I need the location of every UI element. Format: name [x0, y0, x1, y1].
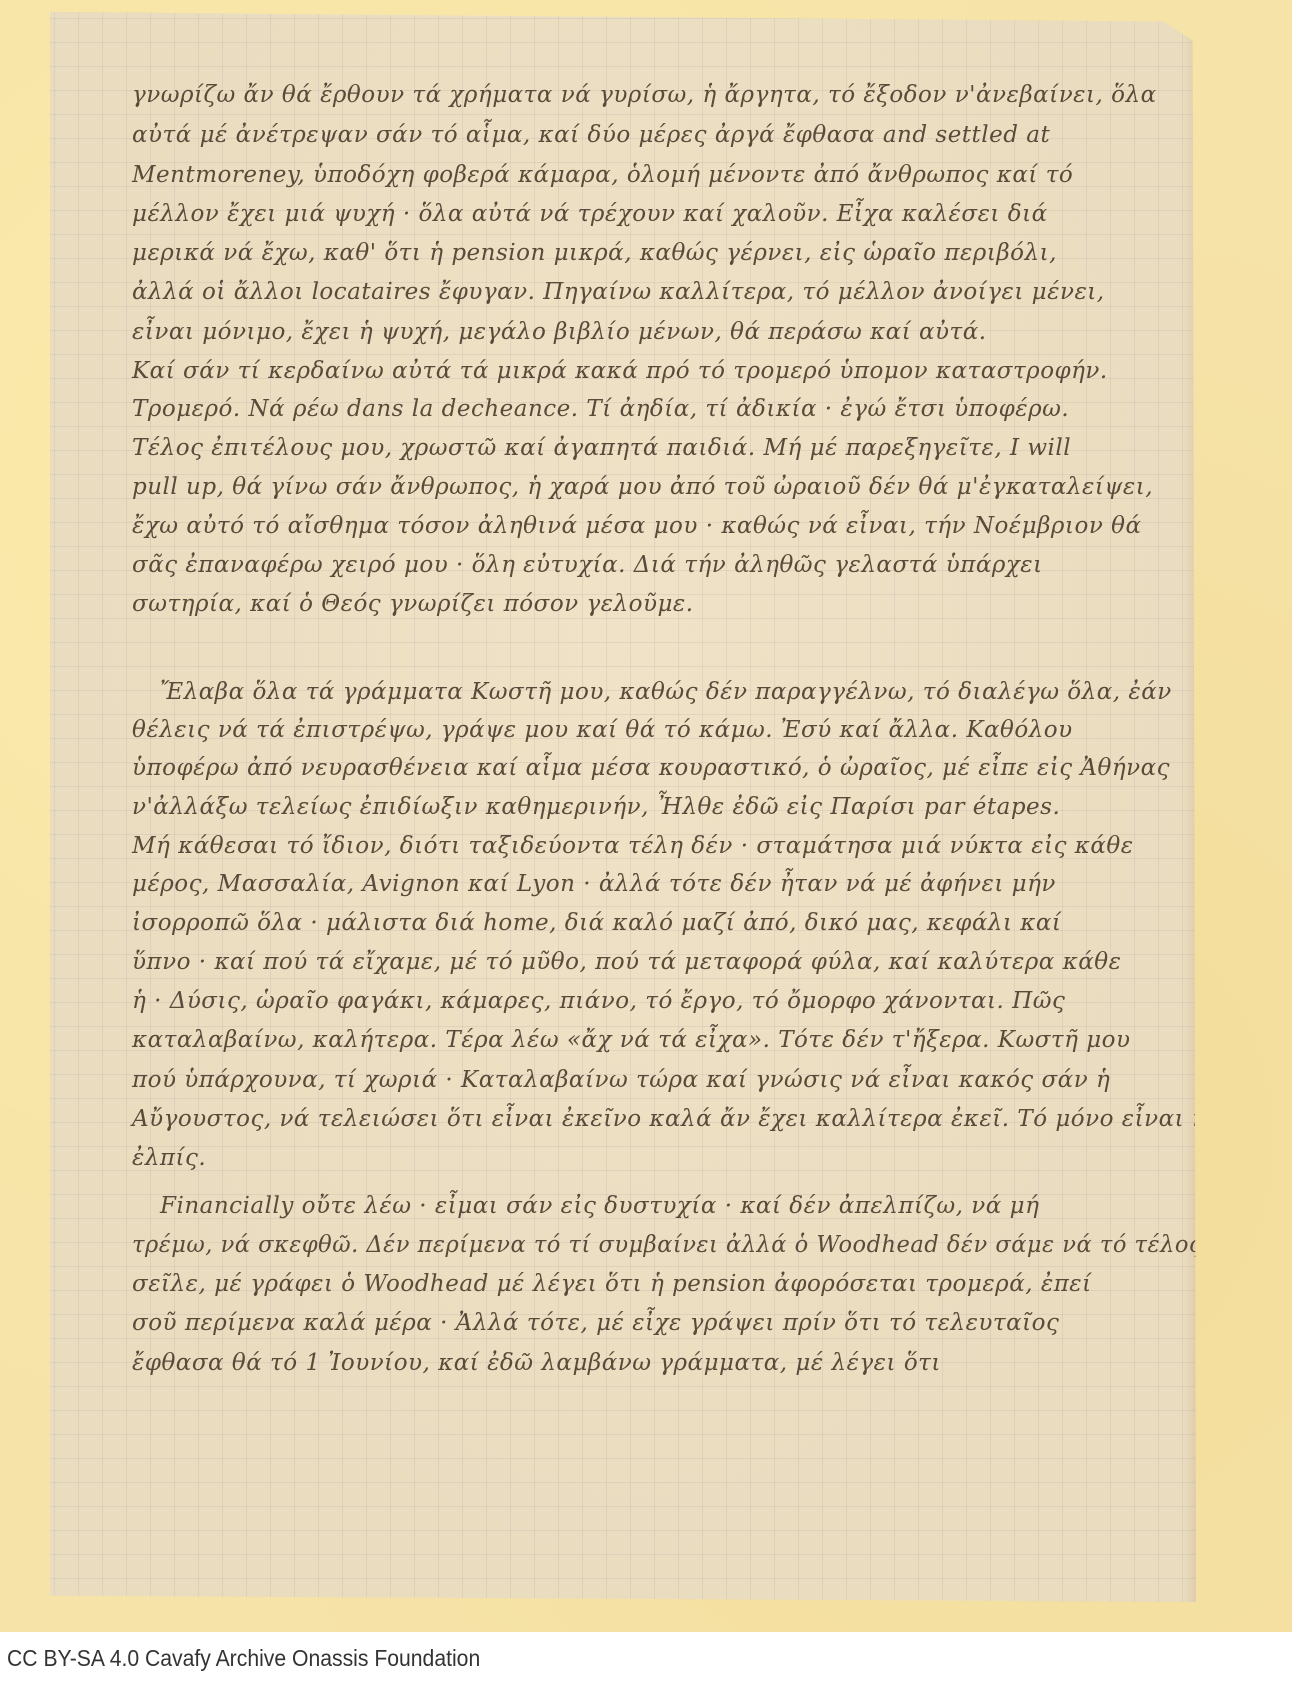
handwritten-line: αὐτά μέ ἀνέτρεψαν σάν τό αἷμα, καί δύο μ… — [132, 122, 1050, 148]
handwritten-line: πού ὑπάρχουνα, τί χωριά · Καταλαβαίνω τώ… — [132, 1067, 1110, 1093]
handwritten-line: εἶναι μόνιμο, ἔχει ἡ ψυχή, μεγάλο βιβλίο… — [132, 319, 987, 345]
handwritten-line: σωτηρία, καί ὁ Θεός γνωρίζει πόσον γελοῦ… — [132, 591, 694, 617]
handwritten-line: Mentmoreney, ὑποδόχη φοβερά κάμαρα, ὁλομ… — [132, 162, 1073, 188]
handwritten-line: pull up, θά γίνω σάν ἄνθρωπος, ἡ χαρά μο… — [132, 474, 1153, 500]
handwritten-line: μέρος, Μασσαλία, Avignon καί Lyon · ἀλλά… — [132, 871, 1056, 897]
handwritten-line: Τρομερό. Νά ρέω dans la decheance. Τί ἀη… — [132, 396, 1069, 422]
handwritten-line: ν'ἀλλάξω τελείως ἐπιδίωξιν καθημερινήν, … — [132, 794, 1060, 820]
handwritten-line: ἡ · Δύσις, ὡραῖο φαγάκι, κάμαρες, πιάνο,… — [132, 988, 1065, 1014]
handwritten-line: σεῖλε, μέ γράφει ὁ Woodhead μέ λέγει ὅτι… — [132, 1271, 1092, 1297]
handwritten-line: ὑποφέρω ἀπό νευρασθένεια καί αἷμα μέσα κ… — [132, 755, 1170, 781]
handwritten-line: σᾶς ἐπαναφέρω χειρό μου · ὅλη εὐτυχία. Δ… — [132, 552, 1043, 578]
archive-mount-background: γνωρίζω ἄν θά ἔρθουν τά χρήματα νά γυρίσ… — [0, 0, 1292, 1632]
handwritten-line: ὕπνο · καί πού τά εἴχαμε, μέ τό μῦθο, πο… — [132, 949, 1121, 975]
handwritten-line: μερικά νά ἔχω, καθ' ὅτι ἡ pension μικρά,… — [132, 240, 1057, 266]
handwritten-line: Financially οὔτε λέω · εἶμαι σάν εἰς δυσ… — [160, 1193, 1039, 1219]
handwritten-line: σοῦ περίμενα καλά μέρα · Ἀλλά τότε, μέ ε… — [132, 1310, 1059, 1336]
handwritten-line: ἰσορροπῶ ὅλα · μάλιστα διά home, διά καλ… — [132, 910, 1061, 936]
handwritten-line: ἔχω αὐτό τό αἴσθημα τόσον ἀληθινά μέσα μ… — [132, 513, 1142, 539]
handwritten-line: Αὔγουστος, νά τελειώσει ὅτι εἶναι ἐκεῖνο… — [132, 1106, 1206, 1132]
handwritten-line: μέλλον ἔχει μιά ψυχή · ὅλα αὐτά νά τρέχο… — [132, 201, 1048, 227]
handwritten-line: ἐλπίς. — [132, 1145, 206, 1171]
handwritten-line: Καί σάν τί κερδαίνω αὐτά τά μικρά κακά π… — [132, 358, 1108, 384]
handwritten-line: ἀλλά οἱ ἄλλοι locataires ἔφυγαν. Πηγαίνω… — [132, 279, 1105, 305]
license-credit: CC BY-SA 4.0 Cavafy Archive Onassis Foun… — [7, 1645, 480, 1672]
handwritten-line: γνωρίζω ἄν θά ἔρθουν τά χρήματα νά γυρίσ… — [132, 82, 1157, 108]
handwritten-line: Ἔλαβα ὅλα τά γράμματα Κωστῆ μου, καθώς δ… — [160, 679, 1172, 705]
manuscript-sheet: γνωρίζω ἄν θά ἔρθουν τά χρήματα νά γυρίσ… — [50, 12, 1210, 1602]
handwritten-line: ἔφθασα θά τό 1 Ἰουνίου, καί ἐδῶ λαμβάνω … — [132, 1350, 941, 1376]
handwritten-line: θέλεις νά τά ἐπιστρέψω, γράψε μου καί θά… — [132, 717, 1073, 743]
handwritten-line: καταλαβαίνω, καλήτερα. Τέρα λέω «ἄχ νά τ… — [132, 1027, 1131, 1053]
handwritten-line: Μή κάθεσαι τό ἴδιον, διότι ταξιδεύοντα τ… — [132, 833, 1134, 859]
handwritten-line: Τέλος ἐπιτέλους μου, χρωστῶ καί ἀγαπητά … — [132, 435, 1071, 461]
paper-edge-shadow — [1184, 26, 1200, 1606]
handwritten-line: τρέμω, νά σκεφθῶ. Δέν περίμενα τό τί συμ… — [132, 1232, 1210, 1258]
